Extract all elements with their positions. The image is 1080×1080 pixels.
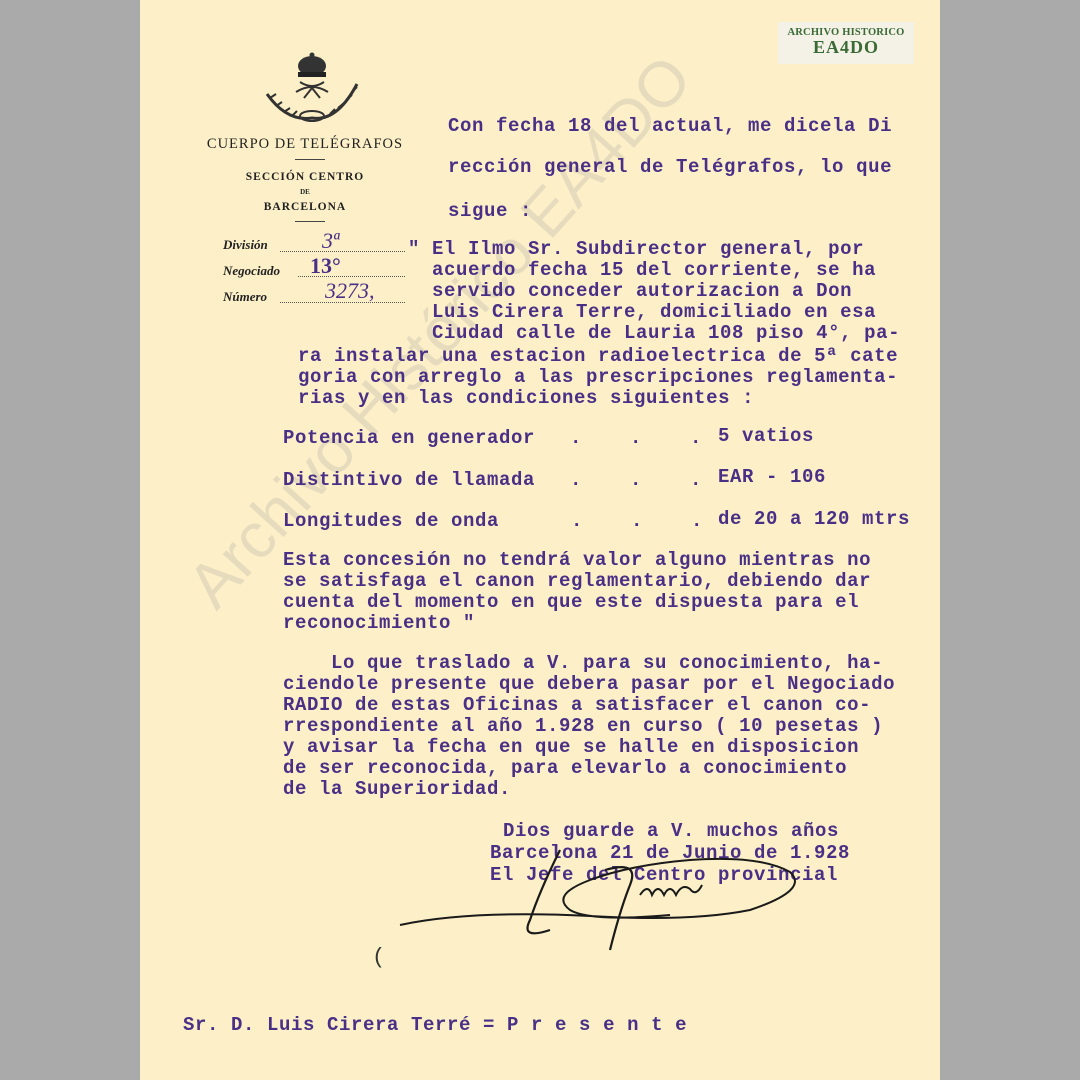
concession-line: Esta concesión no tendrá valor alguno mi…: [283, 549, 871, 571]
archive-badge: ARCHIVO HISTORICO EA4DO: [778, 22, 914, 64]
numero-value: 3273,: [325, 278, 375, 304]
intro-line: sigue :: [448, 200, 532, 222]
quote-line: servido conceder autorizacion a Don: [408, 280, 852, 302]
section-name: SECCIÓN CENTRO: [200, 171, 410, 183]
document-page: Archivo Histórico EA4DO ARCHIVO HISTORIC…: [140, 0, 940, 1080]
divider: [295, 159, 325, 160]
quote-line: " El Ilmo Sr. Subdirector general, por: [408, 238, 864, 260]
condition-leader: . . .: [570, 427, 702, 449]
condition-value: de 20 a 120 mtrs: [718, 508, 910, 530]
numero-label: Número: [223, 289, 267, 305]
transfer-line: Lo que traslado a V. para su conocimient…: [283, 652, 883, 674]
quote-line: rias y en las condiciones siguientes :: [298, 387, 754, 409]
city-name: BARCELONA: [200, 201, 410, 213]
division-value: 3ª: [322, 228, 339, 254]
concession-line: reconocimiento ": [283, 612, 475, 634]
quote-line: acuerdo fecha 15 del corriente, se ha: [408, 259, 876, 281]
negociado-value: 13°: [310, 253, 341, 279]
section-de: DE: [200, 188, 410, 196]
concession-line: cuenta del momento en que este dispuesta…: [283, 591, 859, 613]
addressee-line: Sr. D. Luis Cirera Terré = P r e s e n t…: [183, 1014, 687, 1036]
transfer-line: de la Superioridad.: [283, 778, 511, 800]
condition-value: 5 vatios: [718, 425, 814, 447]
division-line: [280, 251, 405, 252]
division-label: División: [223, 237, 268, 253]
condition-leader: . . .: [570, 469, 702, 491]
quote-line: goria con arreglo a las prescripciones r…: [298, 366, 898, 388]
royal-crown-crest-icon: [262, 52, 362, 130]
transfer-line: rrespondiente al año 1.928 en curso ( 10…: [283, 715, 883, 737]
condition-value: EAR - 106: [718, 466, 826, 488]
org-name: CUERPO DE TELÉGRAFOS: [200, 136, 410, 153]
condition-label: Potencia en generador: [283, 427, 535, 449]
transfer-line: y avisar la fecha en que se halle en dis…: [283, 736, 859, 758]
concession-line: se satisfaga el canon reglamentario, deb…: [283, 570, 871, 592]
condition-label: Longitudes de onda: [283, 510, 499, 532]
quote-line: Ciudad calle de Lauria 108 piso 4°, pa-: [408, 322, 900, 344]
margin-mark: (: [372, 945, 386, 970]
condition-leader: . . .: [535, 510, 703, 532]
intro-line: rección general de Telégrafos, lo que: [448, 156, 892, 178]
quote-line: Luis Cirera Terre, domiciliado en esa: [408, 301, 876, 323]
condition-label: Distintivo de llamada: [283, 469, 535, 491]
transfer-line: RADIO de estas Oficinas a satisfacer el …: [283, 694, 871, 716]
transfer-line: ciendole presente que debera pasar por e…: [283, 673, 895, 695]
negociado-label: Negociado: [223, 263, 280, 279]
quote-line: ra instalar una estacion radioelectrica …: [298, 345, 898, 367]
signature: [390, 830, 830, 970]
intro-line: Con fecha 18 del actual, me dicela Di: [448, 115, 892, 137]
divider: [295, 221, 325, 222]
badge-line2: EA4DO: [778, 38, 914, 56]
transfer-line: de ser reconocida, para elevarlo a conoc…: [283, 757, 847, 779]
